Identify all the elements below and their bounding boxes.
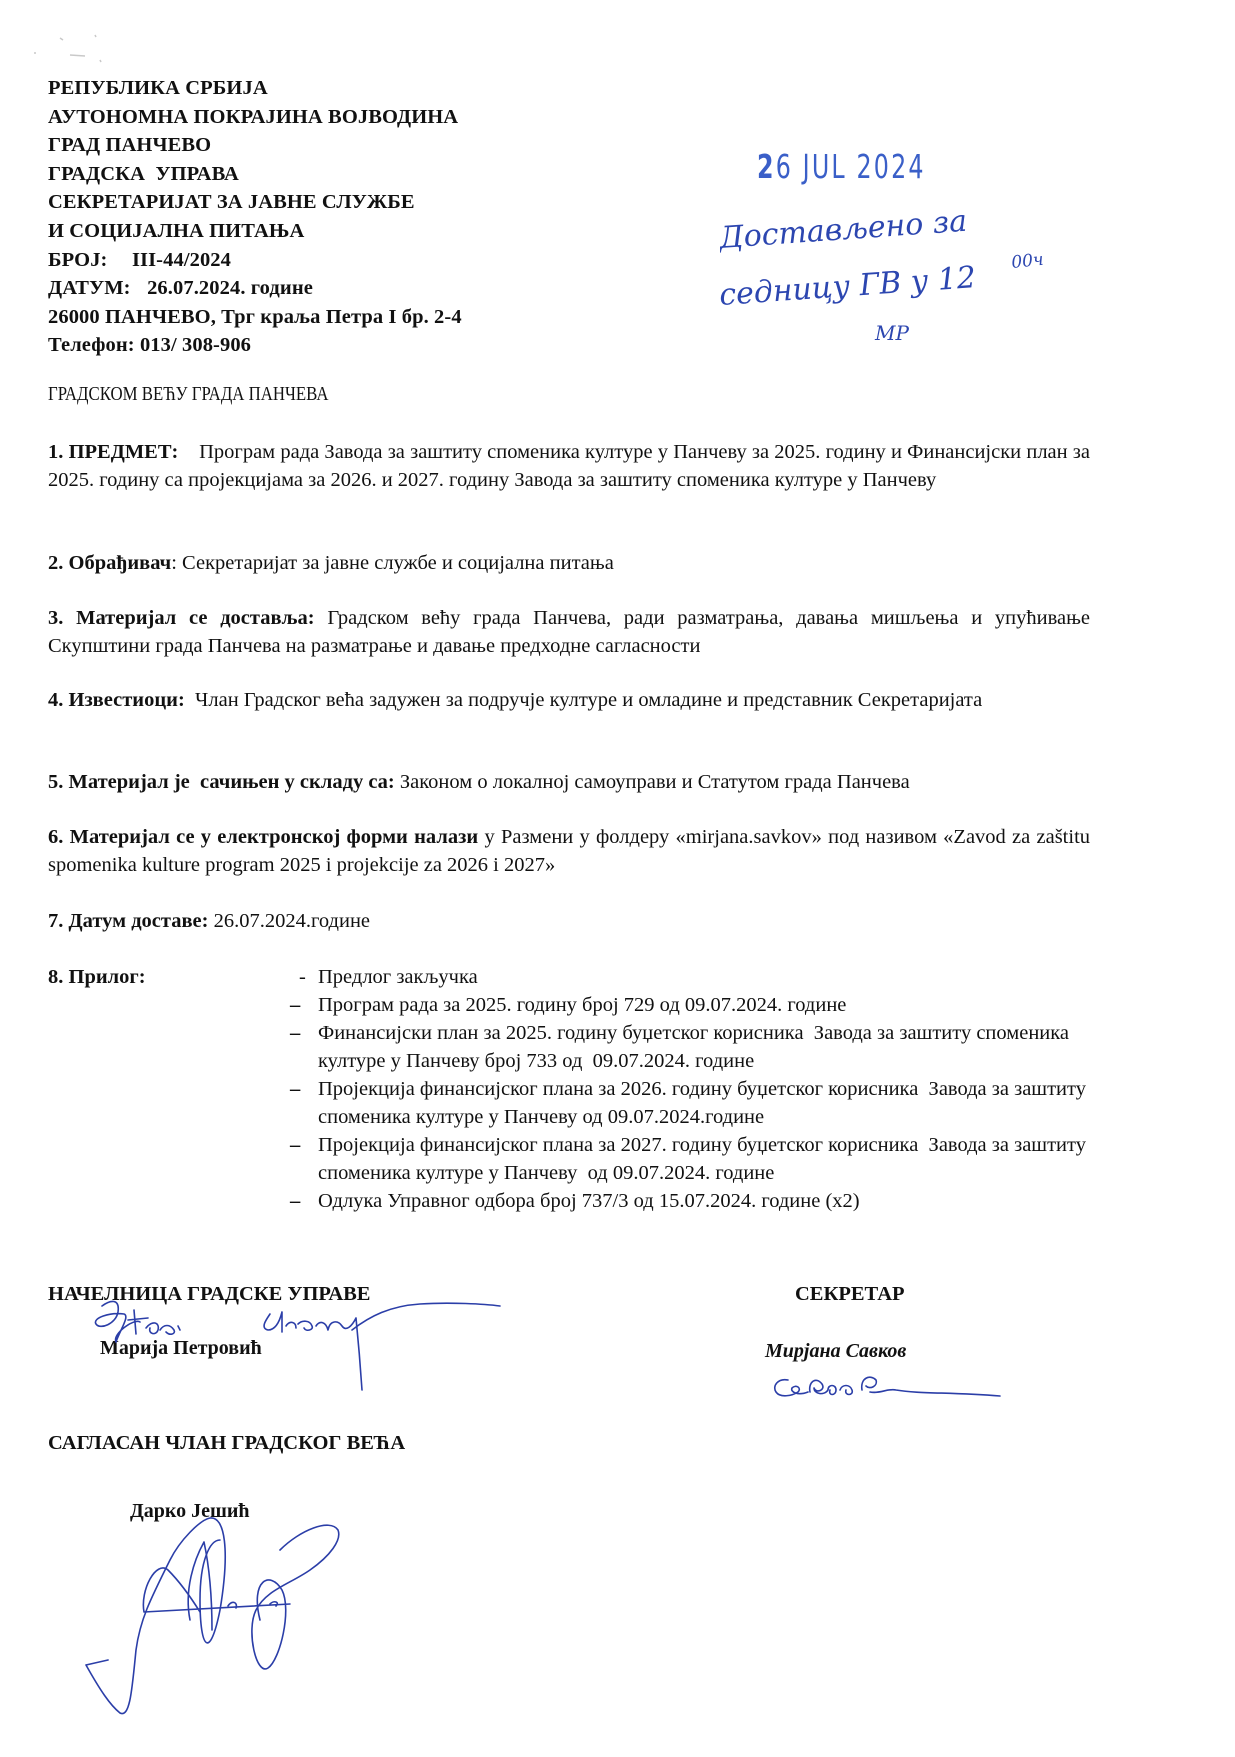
section-reporters-text: Члан Градског већа задужен за подручје к…: [195, 689, 982, 711]
secretary-signature-name: Мирјана Савков: [765, 1340, 906, 1363]
address: 26000 ПАНЧЕВО, Трг краља Петра I бр. 2-4: [48, 303, 462, 332]
header-line: РЕПУБЛИКА СРБИЈА: [48, 74, 462, 103]
dash-bullet-icon: –: [290, 991, 300, 1019]
handwritten-note-line1: Достављено за: [720, 210, 968, 256]
stamp-day-first-digit: 2: [757, 147, 776, 186]
section-attachments-label: 8. Прилог:: [48, 963, 146, 991]
section-electronic-form: 6. Материјал се у електронској форми нал…: [48, 823, 1090, 879]
attachment-item: –Програм рада за 2025. годину број 729 о…: [290, 991, 1120, 1019]
section-reporters: 4. Известиоци: Члан Градског већа задуже…: [48, 686, 1090, 714]
attachment-item: –Финансијски план за 2025. годину буџетс…: [290, 1019, 1120, 1075]
document-page: РЕПУБЛИКА СРБИЈА АУТОНОМНА ПОКРАЈИНА ВОЈ…: [0, 0, 1235, 1757]
section-subject-label: 1. ПРЕДМЕТ:: [48, 441, 178, 463]
document-date: ДАТУМ: 26.07.2024. године: [48, 274, 462, 303]
header-line: АУТОНОМНА ПОКРАЈИНА ВОЈВОДИНА: [48, 103, 462, 132]
section-delivery-date-label: 7. Датум доставе:: [48, 910, 208, 932]
document-number-label: БРОЈ:: [48, 249, 107, 271]
header-line: СЕКРЕТАРИЈАТ ЗА ЈАВНЕ СЛУЖБЕ: [48, 188, 462, 217]
section-delivered-to-label: 3. Материјал се доставља:: [48, 607, 315, 629]
phone: Телефон: 013/ 308-906: [48, 331, 462, 360]
section-processor-text: : Секретаријат за јавне службе и социјал…: [171, 552, 614, 574]
council-member-handwritten-signature: [60, 1500, 360, 1720]
header-line: ГРАД ПАНЧЕВО: [48, 131, 462, 160]
recipient-heading: ГРАДСКОМ ВЕЋУ ГРАДА ПАНЧЕВА: [48, 383, 328, 406]
section-subject-text: Програм рада Завода за заштиту споменика…: [48, 441, 1090, 491]
section-subject: 1. ПРЕДМЕТ: Програм рада Завода за зашти…: [48, 438, 1090, 494]
section-processor-label: 2. Обрађивач: [48, 552, 171, 574]
section-electronic-form-label: 6. Материјал се у електронској форми нал…: [48, 826, 478, 848]
head-handwritten-signature: [90, 1290, 510, 1400]
section-compliance-label: 5. Материјал је сачињен у складу са:: [48, 771, 395, 793]
received-date-stamp: 26 JUL 2024: [757, 147, 926, 186]
section-reporters-label: 4. Известиоци:: [48, 689, 185, 711]
header-line: И СОЦИЈАЛНА ПИТАЊА: [48, 217, 462, 246]
document-number: БРОЈ: III-44/2024: [48, 246, 462, 275]
handwritten-note: Достављено за седницу ГВ у 12 00ч МР: [720, 210, 1100, 350]
section-processor: 2. Обрађивач: Секретаријат за јавне служ…: [48, 549, 1090, 577]
attachment-item: –Пројекција финансијског плана за 2026. …: [290, 1075, 1120, 1131]
section-delivery-date: 7. Датум доставе: 26.07.2024.године: [48, 907, 1090, 935]
document-number-value: III-44/2024: [132, 249, 231, 271]
attachments-list: -Предлог закључка –Програм рада за 2025.…: [290, 963, 1120, 1215]
attachment-item: –Пројекција финансијског плана за 2027. …: [290, 1131, 1120, 1187]
section-compliance: 5. Материјал је сачињен у складу са: Зак…: [48, 768, 1090, 796]
secretary-signature-title: СЕКРЕТАР: [795, 1283, 905, 1306]
document-date-value: 26.07.2024. године: [147, 277, 313, 299]
institution-header: РЕПУБЛИКА СРБИЈА АУТОНОМНА ПОКРАЈИНА ВОЈ…: [48, 74, 462, 360]
attachment-item: -Предлог закључка: [290, 963, 1120, 991]
handwritten-note-line2: седницу ГВ у 12: [720, 260, 977, 313]
handwritten-note-superscript: 00ч: [1010, 250, 1044, 273]
secretary-handwritten-signature: [770, 1370, 1020, 1410]
dash-bullet-icon: –: [290, 1187, 300, 1215]
dash-bullet-icon: -: [299, 963, 306, 991]
attachment-item: –Одлука Управног одбора број 737/3 од 15…: [290, 1187, 1120, 1215]
header-line: ГРАДСКА УПРАВА: [48, 160, 462, 189]
dash-bullet-icon: –: [290, 1131, 300, 1159]
section-attachments: 8. Прилог: -Предлог закључка –Програм ра…: [48, 963, 1090, 1203]
stamp-date-rest: 6 JUL 2024: [776, 147, 926, 186]
section-delivered-to: 3. Материјал се доставља: Градском већу …: [48, 604, 1090, 660]
document-date-label: ДАТУМ:: [48, 277, 131, 299]
scan-artifact-marks: [30, 30, 130, 70]
council-member-signature-title: САГЛАСАН ЧЛАН ГРАДСКОГ ВЕЋА: [48, 1432, 405, 1455]
section-delivery-date-text: 26.07.2024.године: [214, 910, 370, 932]
dash-bullet-icon: –: [290, 1075, 300, 1103]
handwritten-initials: МР: [874, 321, 909, 345]
dash-bullet-icon: –: [290, 1019, 300, 1047]
section-compliance-text: Законом о локалној самоуправи и Статутом…: [400, 771, 910, 793]
